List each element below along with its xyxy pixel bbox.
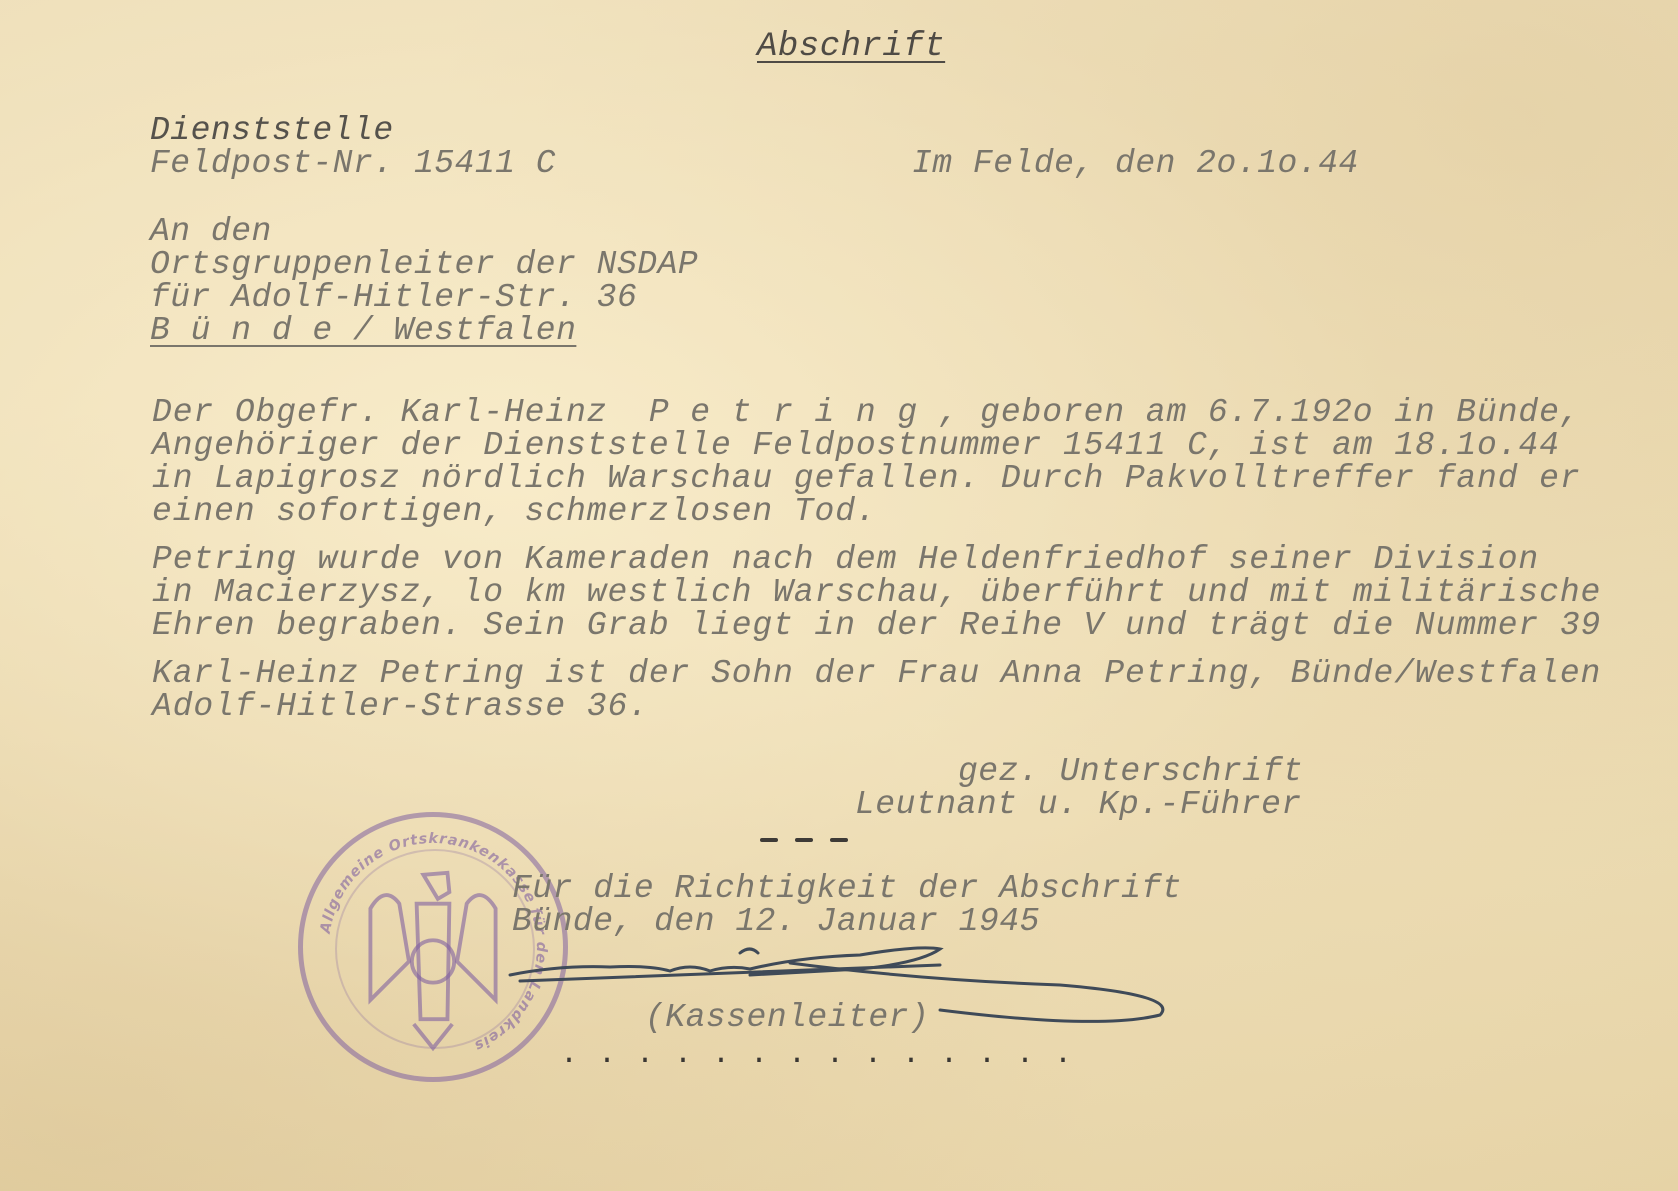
paragraph-3-line: Karl-Heinz Petring ist der Sohn der Frau… bbox=[152, 657, 1601, 690]
paragraph-1-line: Angehöriger der Dienststelle Feldpostnum… bbox=[152, 429, 1560, 462]
sender-line-2: Feldpost-Nr. 15411 C bbox=[150, 147, 556, 180]
certification-line-2: Bünde, den 12. Januar 1945 bbox=[512, 905, 1040, 938]
document-page: Abschrift Dienststelle Feldpost-Nr. 1541… bbox=[0, 0, 1678, 1191]
paragraph-1-line: Der Obgefr. Karl-Heinz P e t r i n g , g… bbox=[152, 396, 1581, 429]
recipient-line-4: B ü n d e / Westfalen bbox=[150, 314, 576, 347]
paragraph-2-line: Ehren begraben. Sein Grab liegt in der R… bbox=[152, 609, 1601, 642]
paragraph-2-line: Petring wurde von Kameraden nach dem Hel… bbox=[152, 543, 1539, 576]
document-title: Abschrift bbox=[757, 30, 945, 64]
paragraph-1-line: einen sofortigen, schmerzlosen Tod. bbox=[152, 495, 877, 528]
signer-rank: Leutnant u. Kp.-Führer bbox=[855, 788, 1302, 821]
separator-dash bbox=[795, 838, 813, 842]
paragraph-1-line: in Lapigrosz nördlich Warschau gefallen.… bbox=[152, 462, 1581, 495]
recipient-line-3: für Adolf-Hitler-Str. 36 bbox=[150, 281, 637, 314]
separator-dash bbox=[830, 838, 848, 842]
signer-title: (Kassenleiter) bbox=[645, 1001, 929, 1034]
paragraph-2-line: in Macierzysz, lo km westlich Warschau, … bbox=[152, 576, 1601, 609]
certification-line-1: Für die Richtigkeit der Abschrift bbox=[512, 872, 1182, 905]
signature-dotted-line: .............. bbox=[560, 1038, 1092, 1072]
signature-note: gez. Unterschrift bbox=[958, 755, 1303, 788]
place-date: Im Felde, den 2o.1o.44 bbox=[912, 147, 1359, 180]
separator-dash bbox=[760, 838, 778, 842]
sender-line-1: Dienststelle bbox=[150, 114, 394, 147]
recipient-line-1: An den bbox=[150, 215, 272, 248]
recipient-line-2: Ortsgruppenleiter der NSDAP bbox=[150, 248, 698, 281]
paragraph-3-line: Adolf-Hitler-Strasse 36. bbox=[152, 690, 649, 723]
